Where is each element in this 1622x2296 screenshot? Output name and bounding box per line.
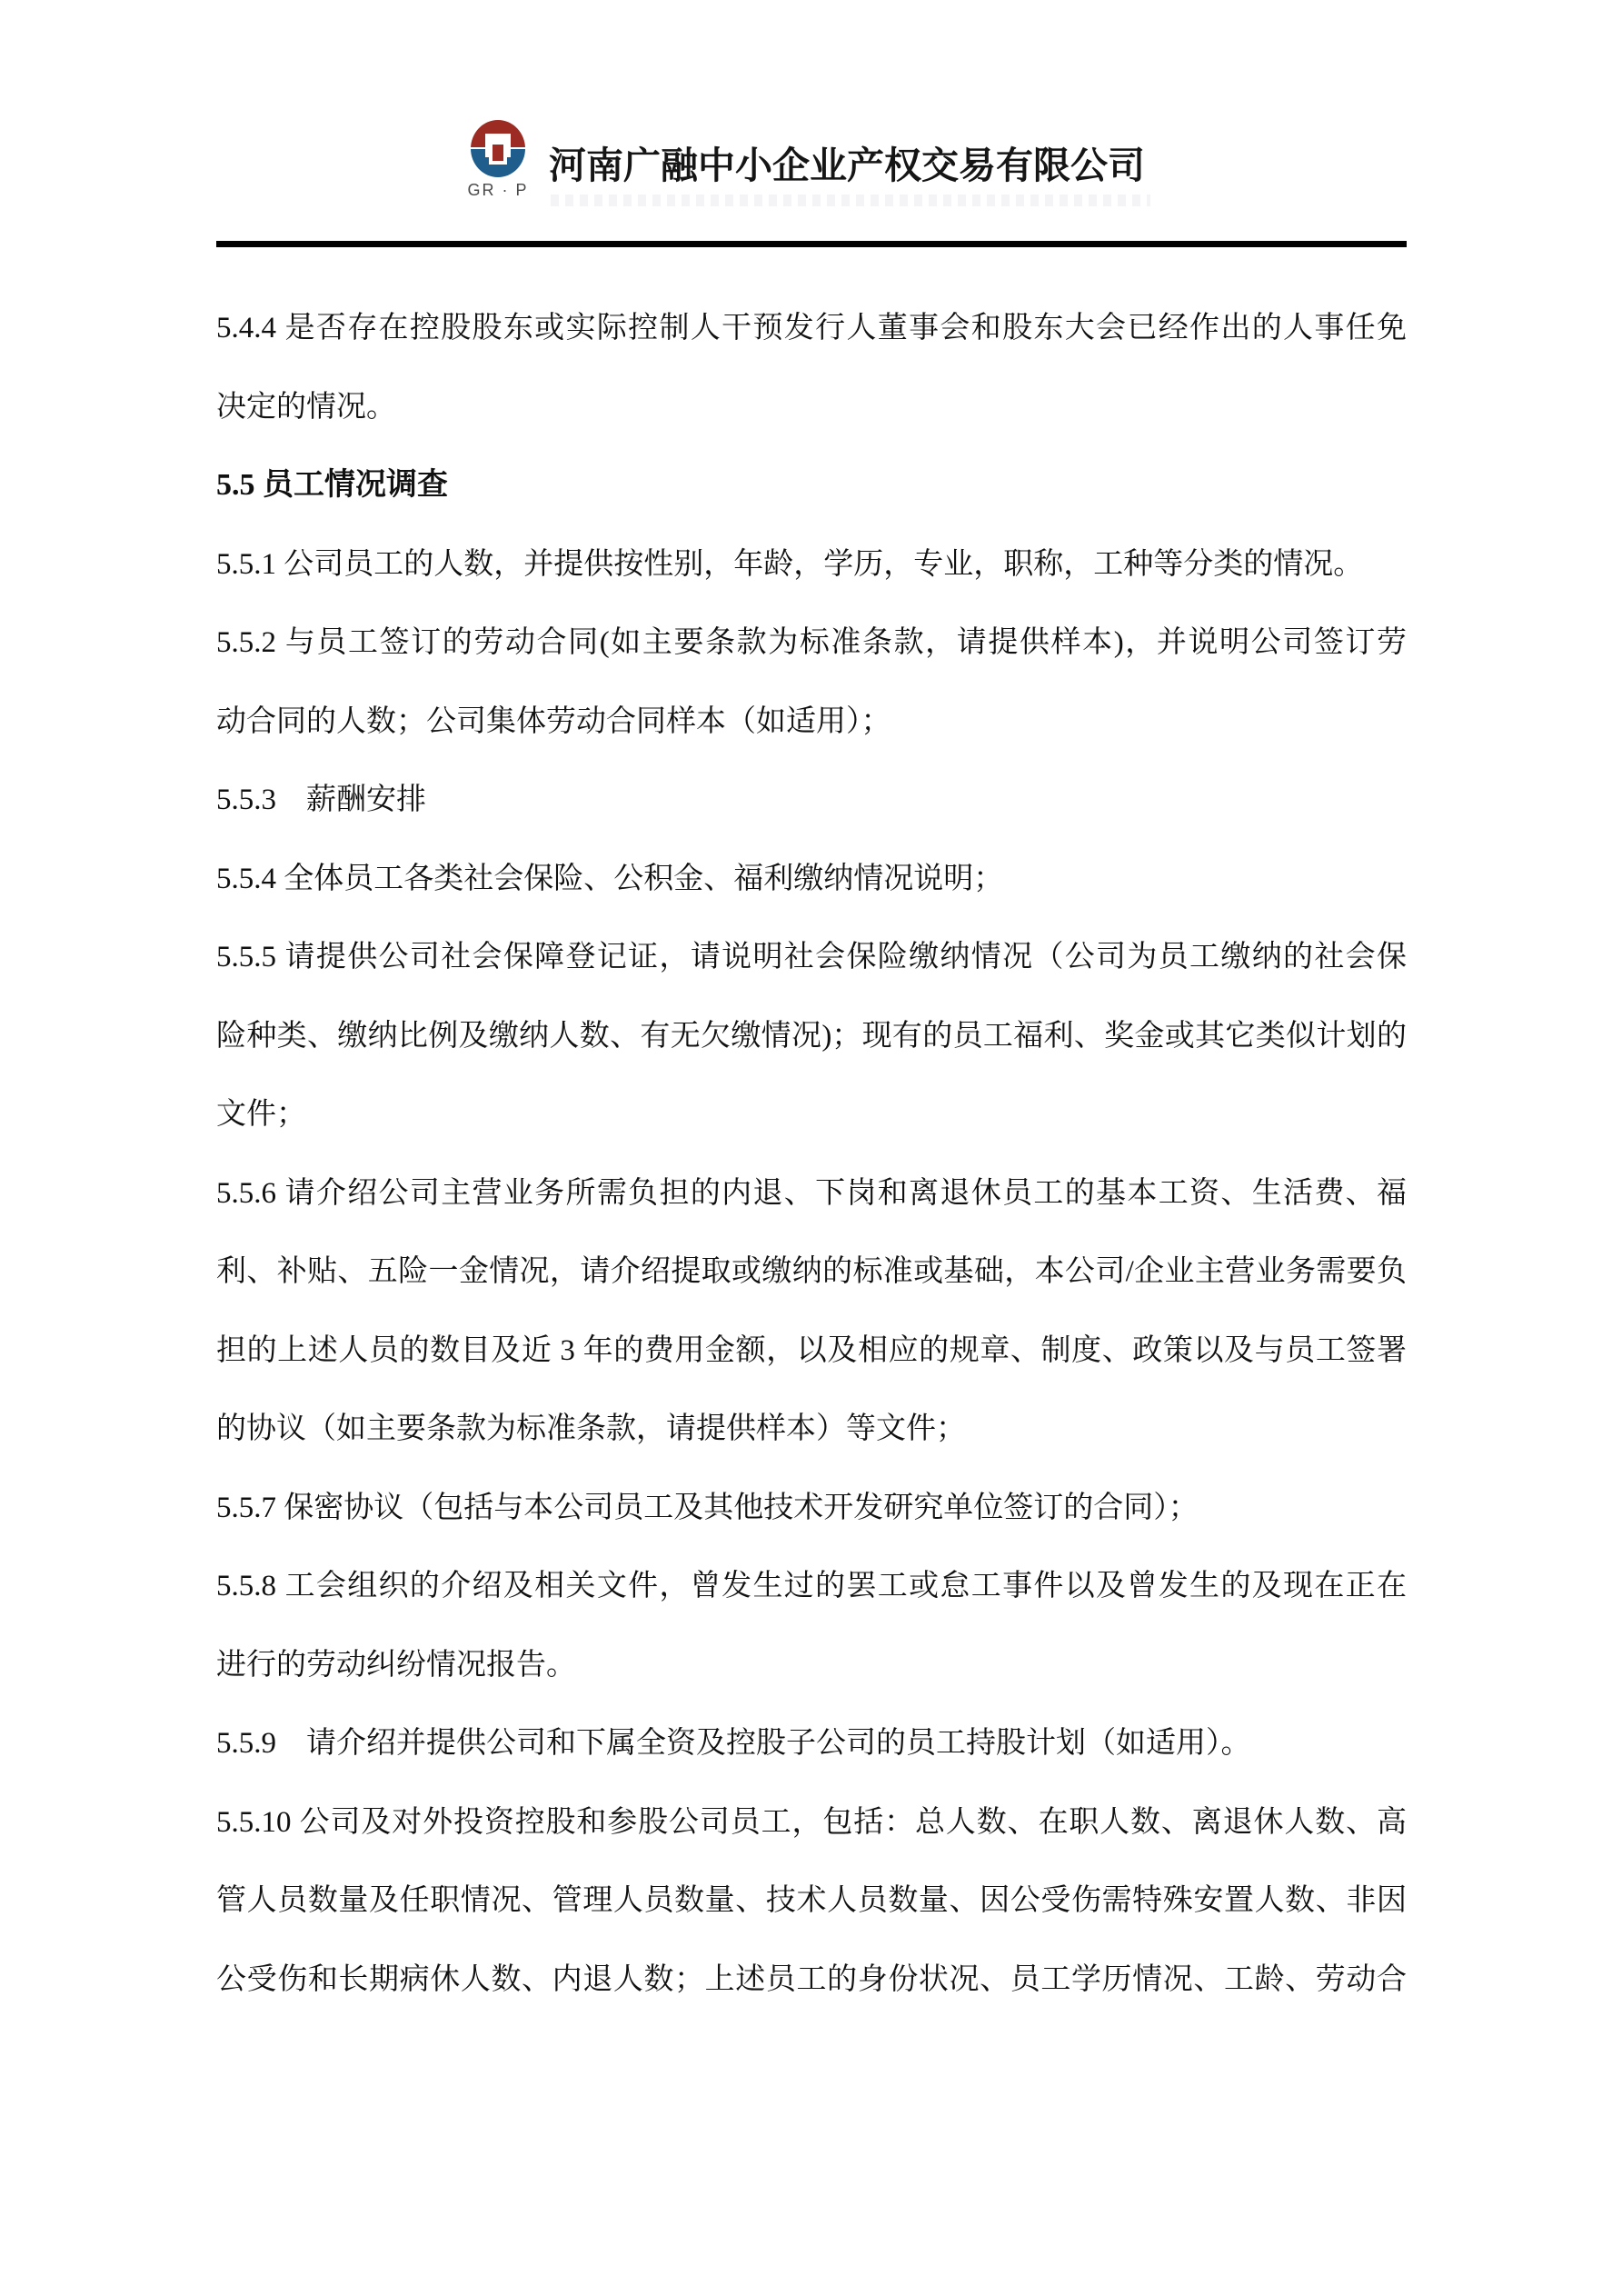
text-line: 决定的情况。 [216, 368, 1407, 447]
text-line: 动合同的人数；公司集体劳动合同样本（如适用）； [216, 683, 1407, 762]
text-line: 险种类、缴纳比例及缴纳人数、有无欠缴情况)；现有的员工福利、奖金或其它类似计划的 [216, 997, 1407, 1076]
paragraph: 5.5.2 与员工签订的劳动合同(如主要条款为标准条款，请提供样本)，并说明公司… [216, 604, 1407, 761]
text-line: 的协议（如主要条款为标准条款，请提供样本）等文件； [216, 1390, 1407, 1469]
text-line: 利、补贴、五险一金情况，请介绍提取或缴纳的标准或基础，本公司/企业主营业务需要负 [216, 1233, 1407, 1312]
document-body: 5.4.4 是否存在控股股东或实际控制人干预发行人董事会和股东大会已经作出的人事… [216, 289, 1407, 2019]
header-divider [216, 241, 1407, 247]
paragraph: 5.5.3 薪酬安排 [216, 761, 1407, 840]
text-line: 5.5.3 薪酬安排 [216, 761, 1407, 840]
paragraph: 5.5.9 请介绍并提供公司和下属全资及控股子公司的员工持股计划（如适用）。 [216, 1704, 1407, 1783]
paragraph: 5.5.10 公司及对外投资控股和参股公司员工，包括：总人数、在职人数、离退休人… [216, 1783, 1407, 2020]
paragraph: 5.5.8 工会组织的介绍及相关文件，曾发生过的罢工或怠工事件以及曾发生的及现在… [216, 1547, 1407, 1704]
paragraph: 5.5.1 公司员工的人数，并提供按性别，年龄，学历，专业，职称，工种等分类的情… [216, 525, 1407, 604]
paragraph: 5.5.7 保密协议（包括与本公司员工及其他技术开发研究单位签订的合同）； [216, 1469, 1407, 1548]
paragraph: 5.5.5 请提供公司社会保障登记证，请说明社会保险缴纳情况（公司为员工缴纳的社… [216, 918, 1407, 1154]
text-line: 5.4.4 是否存在控股股东或实际控制人干预发行人董事会和股东大会已经作出的人事… [216, 289, 1407, 368]
text-line: 文件； [216, 1075, 1407, 1154]
text-line: 5.5.5 请提供公司社会保障登记证，请说明社会保险缴纳情况（公司为员工缴纳的社… [216, 918, 1407, 997]
paragraph: 5.5 员工情况调查 [216, 446, 1407, 525]
text-line: 5.5.7 保密协议（包括与本公司员工及其他技术开发研究单位签订的合同）； [216, 1469, 1407, 1548]
logo-inner-square [493, 145, 503, 161]
text-line: 5.5.10 公司及对外投资控股和参股公司员工，包括：总人数、在职人数、离退休人… [216, 1783, 1407, 1862]
text-line: 管人员数量及任职情况、管理人员数量、技术人员数量、因公受伤需特殊安置人数、非因 [216, 1862, 1407, 1941]
paragraph: 5.5.4 全体员工各类社会保险、公积金、福利缴纳情况说明； [216, 840, 1407, 919]
company-name: 河南广融中小企业产权交易有限公司 [549, 145, 1145, 185]
text-line: 5.5.9 请介绍并提供公司和下属全资及控股子公司的员工持股计划（如适用）。 [216, 1704, 1407, 1783]
paragraph: 5.4.4 是否存在控股股东或实际控制人干预发行人董事会和股东大会已经作出的人事… [216, 289, 1407, 446]
text-line: 5.5.8 工会组织的介绍及相关文件，曾发生过的罢工或怠工事件以及曾发生的及现在… [216, 1547, 1407, 1626]
document-page: GR · P 河南广融中小企业产权交易有限公司 5.4.4 是否存在控股股东或实… [0, 0, 1622, 2296]
text-line: 5.5.6 请介绍公司主营业务所需负担的内退、下岗和离退休员工的基本工资、生活费… [216, 1154, 1407, 1233]
text-line: 公受伤和长期病休人数、内退人数；上述员工的身份状况、员工学历情况、工龄、劳动合 [216, 1941, 1407, 2020]
paragraph: 5.5.6 请介绍公司主营业务所需负担的内退、下岗和离退休员工的基本工资、生活费… [216, 1154, 1407, 1469]
text-line: 5.5.2 与员工签订的劳动合同(如主要条款为标准条款，请提供样本)，并说明公司… [216, 604, 1407, 683]
logo-caption: GR · P [454, 181, 542, 200]
text-line: 担的上述人员的数目及近 3 年的费用金额，以及相应的规章、制度、政策以及与员工签… [216, 1312, 1407, 1391]
text-line: 进行的劳动纠纷情况报告。 [216, 1626, 1407, 1705]
text-line: 5.5.1 公司员工的人数，并提供按性别，年龄，学历，专业，职称，工种等分类的情… [216, 525, 1407, 604]
company-logo-icon [471, 120, 525, 177]
section-heading: 5.5 员工情况调查 [216, 446, 1407, 525]
header-subtitle-faint [551, 195, 1150, 206]
text-line: 5.5.4 全体员工各类社会保险、公积金、福利缴纳情况说明； [216, 840, 1407, 919]
